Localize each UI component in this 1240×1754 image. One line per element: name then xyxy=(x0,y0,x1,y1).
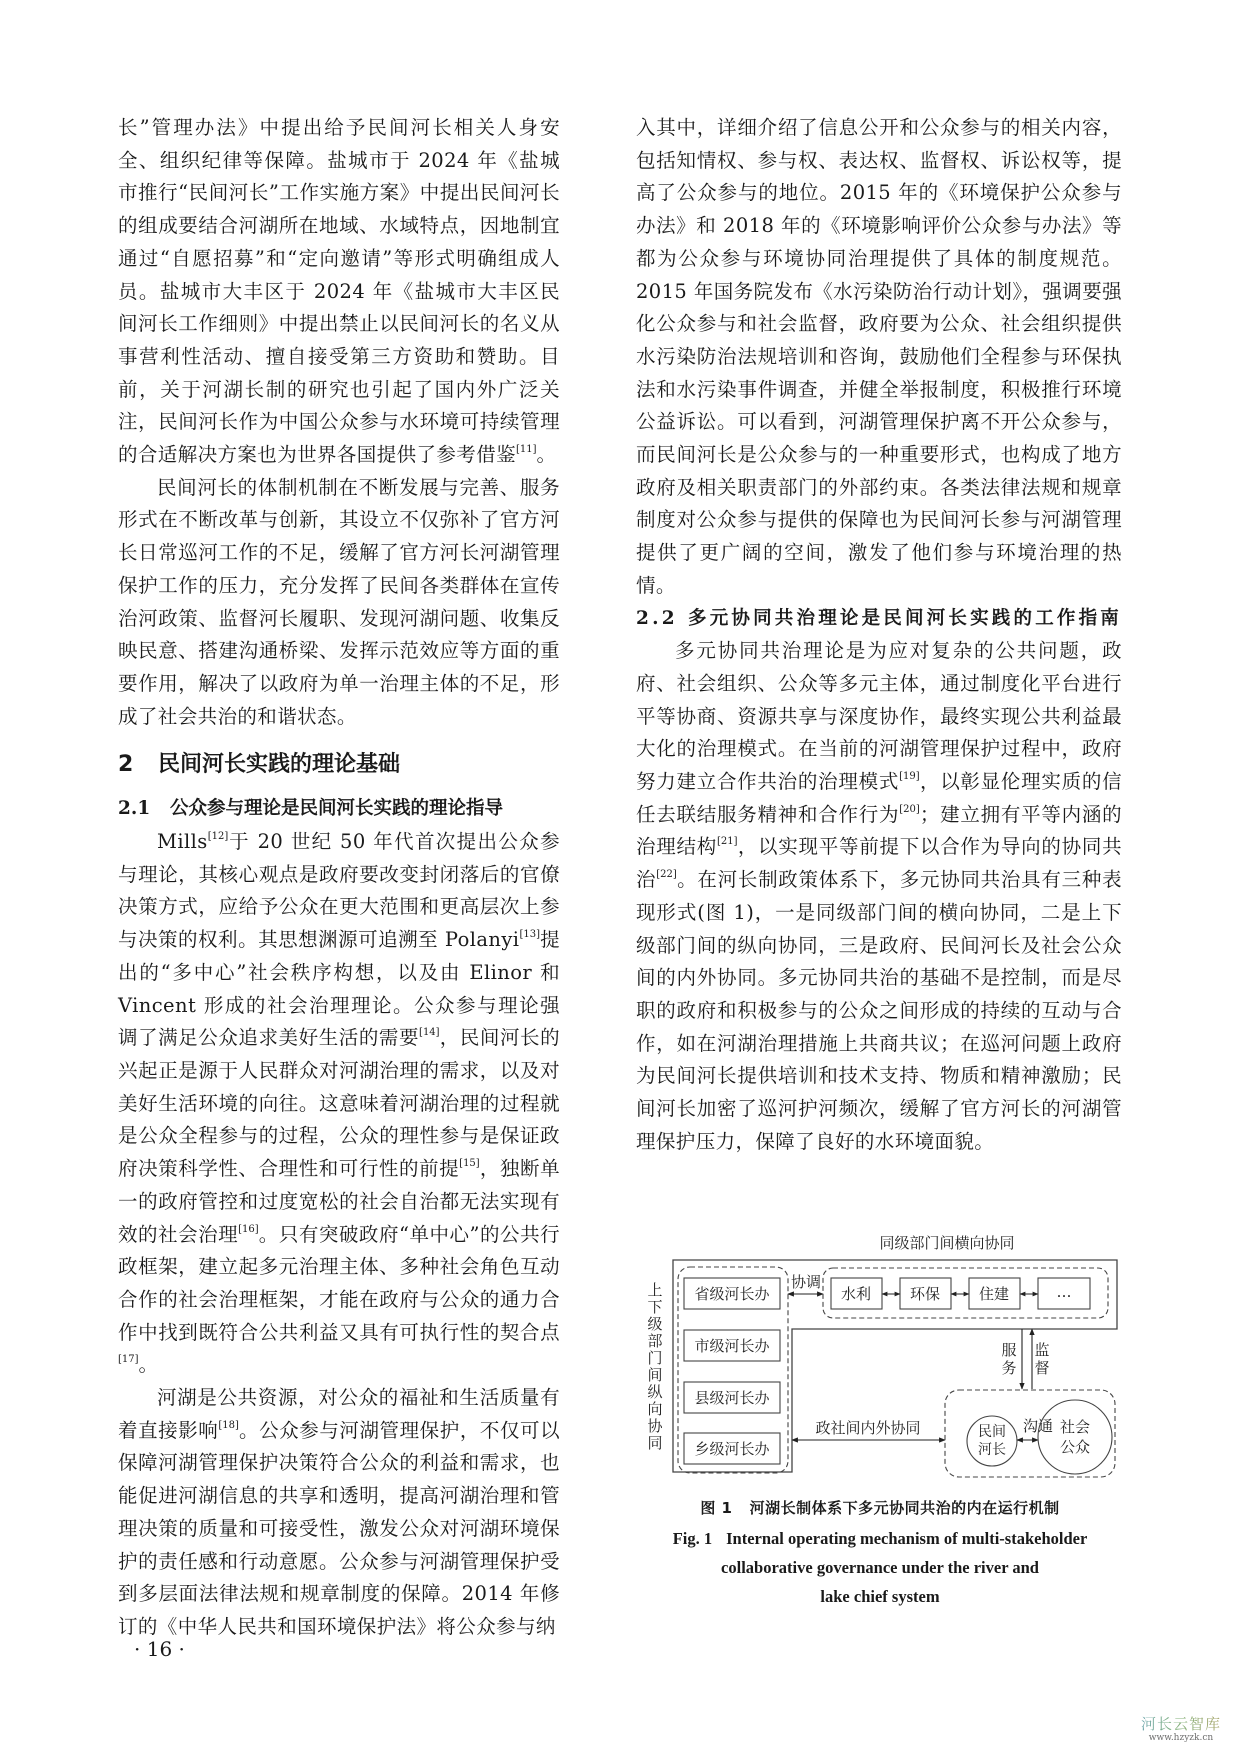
svg-text:间: 间 xyxy=(647,1366,662,1384)
paragraph-text: 。公众参与河湖管理保护，不仅可以保障河湖管理保护决策符合公众的利益和需求，也能促… xyxy=(118,1419,560,1638)
paragraph: 长”管理办法》中提出给予民间河长相关人身安全、组织纪律等保障。盐城市于 2024… xyxy=(118,112,560,472)
county-office-label: 县级河长办 xyxy=(694,1389,770,1407)
svg-text:向: 向 xyxy=(647,1400,662,1418)
section-heading-2-1: 2.1公众参与理论是民间河长实践的理论指导 xyxy=(118,793,560,826)
figure-1-diagram: 同级部门间横向协同 上 下 级 部 门 间 纵 向 协 同 省级河长办 市级河长… xyxy=(620,1225,1140,1490)
section-number: 2.1 xyxy=(118,793,170,826)
service-label: 服 务 xyxy=(1001,1341,1016,1377)
svg-text:级: 级 xyxy=(647,1315,662,1333)
figure-caption-cn: 图 1 河湖长制体系下多元协同共治的内在运行机制 xyxy=(620,1497,1140,1518)
figure-label: Fig. 1 xyxy=(673,1529,712,1548)
svg-text:务: 务 xyxy=(1001,1359,1016,1377)
horizontal-coordination-label: 同级部门间横向协同 xyxy=(879,1234,1014,1252)
supervise-label: 监 督 xyxy=(1034,1341,1049,1377)
paragraph-text: 。在河长制政策体系下，多元协同共治具有三种表现形式(图 1)，一是同级部门间的横… xyxy=(636,868,1122,1153)
svg-text:同: 同 xyxy=(647,1434,662,1452)
river-chief-office-levels: 省级河长办 市级河长办 县级河长办 乡级河长办 xyxy=(684,1278,780,1464)
citation[interactable]: [15] xyxy=(459,1158,480,1169)
paragraph-text: Mills xyxy=(157,830,208,853)
figure-caption-text: Internal operating mechanism of multi-st… xyxy=(726,1529,1087,1548)
coordinate-label: 协调 xyxy=(791,1273,821,1291)
citation[interactable]: [11] xyxy=(516,444,537,455)
section-number: 2 xyxy=(118,749,158,781)
vertical-coordination-label: 上 下 级 部 门 间 纵 向 协 同 xyxy=(647,1281,663,1452)
city-office-label: 市级河长办 xyxy=(694,1337,770,1355)
watermark-url: www.hzyzk.cn xyxy=(1126,1733,1236,1743)
watermark-logo-text: 河长云智库 xyxy=(1126,1716,1236,1733)
figure-label: 图 1 xyxy=(700,1499,732,1517)
paragraph-text: 。 xyxy=(139,1353,159,1376)
section-number: 2.2 xyxy=(636,603,688,636)
figure-caption-text: collaborative governance under the river… xyxy=(620,1553,1140,1582)
citation[interactable]: [17] xyxy=(118,1354,139,1365)
svg-text:部: 部 xyxy=(647,1332,662,1350)
svg-text:下: 下 xyxy=(647,1298,662,1316)
paragraph: 入其中，详细介绍了信息公开和公众参与的相关内容，包括知情权、参与权、表达权、监督… xyxy=(636,112,1122,603)
citation[interactable]: [20] xyxy=(899,804,920,815)
water-resources-label: 水利 xyxy=(841,1285,871,1303)
left-column: 长”管理办法》中提出给予民间河长相关人身安全、组织纪律等保障。盐城市于 2024… xyxy=(118,112,560,1644)
other-departments-label: … xyxy=(1057,1283,1072,1301)
citation[interactable]: [19] xyxy=(899,771,920,782)
section-title: 公众参与理论是民间河长实践的理论指导 xyxy=(170,798,503,819)
paragraph: Mills[12]于 20 世纪 50 年代首次提出公众参与理论，其核心观点是政… xyxy=(118,826,560,1382)
paragraph-text: 长”管理办法》中提出给予民间河长相关人身安全、组织纪律等保障。盐城市于 2024… xyxy=(118,116,560,466)
svg-text:上: 上 xyxy=(647,1281,662,1299)
watermark: 河长云智库 www.hzyzk.cn xyxy=(1126,1716,1236,1743)
figure-caption-en: Fig. 1Internal operating mechanism of mu… xyxy=(620,1524,1140,1611)
civil-river-chief-label: 民间 xyxy=(978,1424,1006,1440)
section-heading-2: 2民间河长实践的理论基础 xyxy=(118,749,560,781)
citation[interactable]: [22] xyxy=(656,869,677,880)
figure-caption-text: 河湖长制体系下多元协同共治的内在运行机制 xyxy=(750,1499,1060,1517)
inner-outer-coordination-label: 政社间内外协同 xyxy=(815,1419,920,1437)
provincial-office-label: 省级河长办 xyxy=(694,1285,770,1303)
paragraph: 河湖是公共资源，对公众的福祉和生活质量有着直接影响[18]。公众参与河湖管理保护… xyxy=(118,1382,560,1644)
paragraph: 多元协同共治理论是为应对复杂的公共问题，政府、社会组织、公众等多元主体，通过制度… xyxy=(636,635,1122,1158)
citation[interactable]: [12] xyxy=(208,831,229,842)
section-title: 多元协同共治理论是民间河长实践的工作指南 xyxy=(688,608,1122,629)
section-heading-2-2: 2.2多元协同共治理论是民间河长实践的工作指南 xyxy=(636,603,1122,636)
svg-text:监: 监 xyxy=(1034,1341,1049,1359)
figure-caption-text: lake chief system xyxy=(620,1582,1140,1611)
svg-text:服: 服 xyxy=(1001,1341,1016,1359)
page-number: · 16 · xyxy=(134,1637,185,1661)
paragraph-text: 。 xyxy=(537,443,557,466)
section-title: 民间河长实践的理论基础 xyxy=(158,752,400,777)
public-label: 社会 xyxy=(1060,1418,1090,1436)
civil-river-chief-label: 河长 xyxy=(978,1442,1006,1458)
public-node xyxy=(1038,1400,1112,1474)
housing-construction-label: 住建 xyxy=(979,1285,1009,1303)
citation[interactable]: [21] xyxy=(717,836,738,847)
citation[interactable]: [16] xyxy=(238,1224,259,1235)
citation[interactable]: [18] xyxy=(218,1420,239,1431)
svg-text:门: 门 xyxy=(647,1349,662,1367)
departments: 水利 环保 住建 … xyxy=(831,1278,1090,1309)
citation[interactable]: [14] xyxy=(419,1027,440,1038)
svg-text:协: 协 xyxy=(647,1417,663,1435)
svg-text:督: 督 xyxy=(1034,1359,1049,1377)
public-label: 公众 xyxy=(1060,1438,1090,1456)
paragraph: 民间河长的体制机制在不断发展与完善、服务形式在不断改革与创新，其设立不仅弥补了官… xyxy=(118,472,560,734)
township-office-label: 乡级河长办 xyxy=(694,1440,770,1458)
right-column: 入其中，详细介绍了信息公开和公众参与的相关内容，包括知情权、参与权、表达权、监督… xyxy=(636,112,1122,1159)
citation[interactable]: [13] xyxy=(519,929,540,940)
svg-text:纵: 纵 xyxy=(647,1383,662,1401)
environment-label: 环保 xyxy=(910,1285,940,1303)
